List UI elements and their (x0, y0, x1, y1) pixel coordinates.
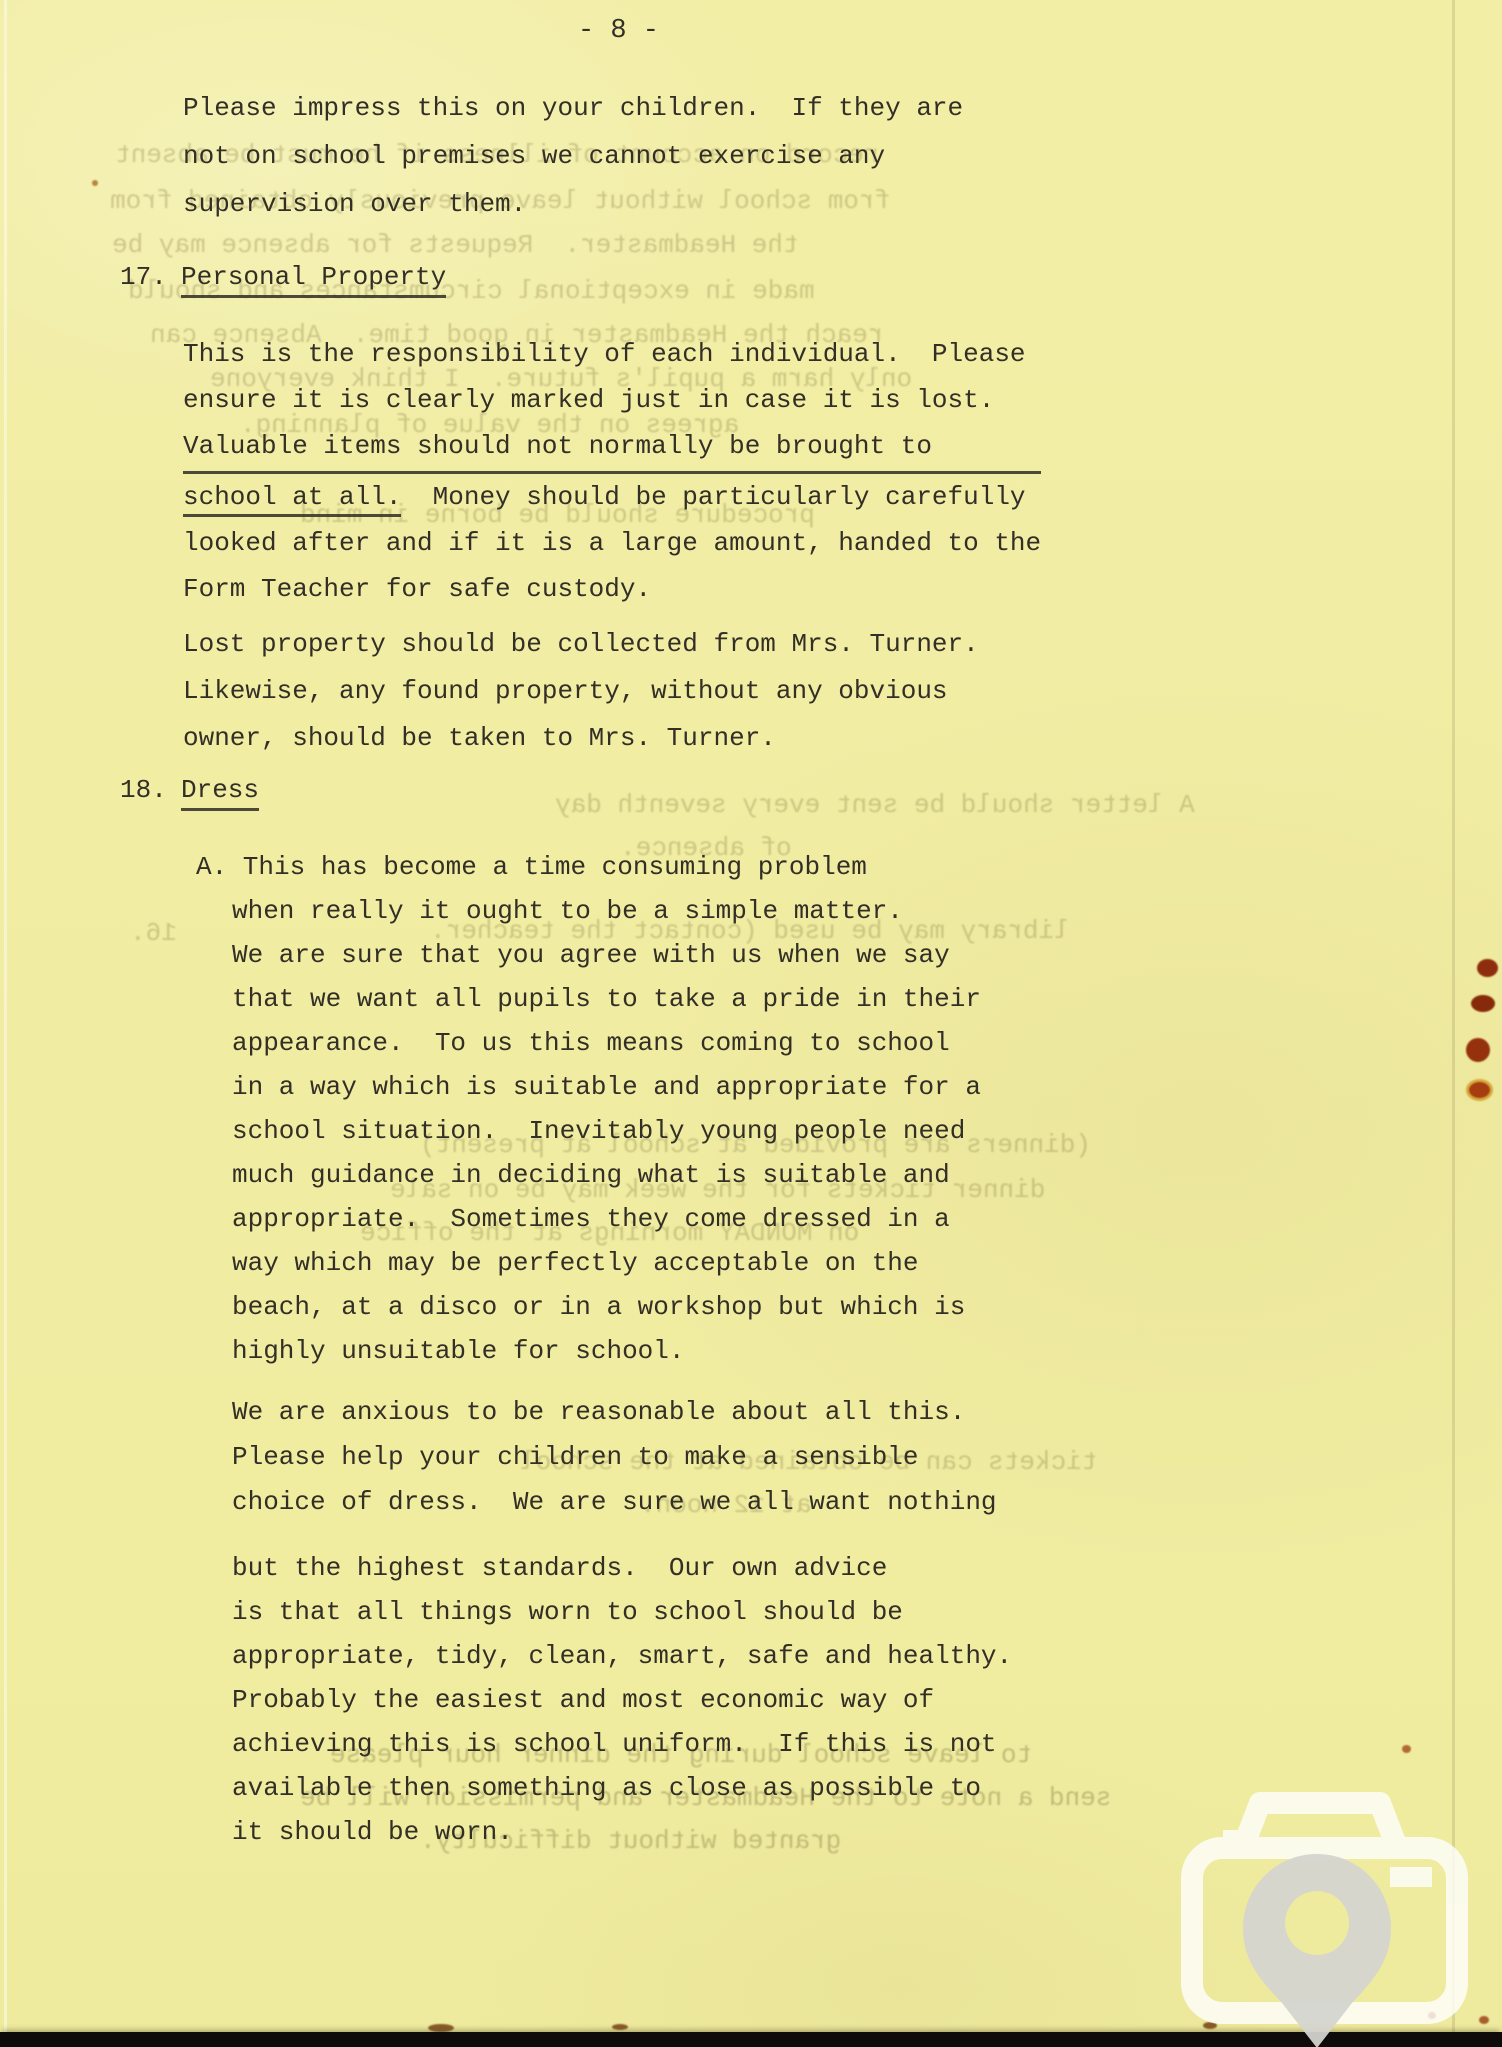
section-number: 18. (120, 775, 181, 805)
paragraph-a-first-line: A. This has become a time consuming prob… (196, 845, 981, 889)
text-line: We are sure that you agree with us when … (232, 933, 981, 977)
paragraph-lines: looked after and if it is a large amount… (183, 520, 1041, 612)
text-line: Form Teacher for safe custody. (183, 566, 1041, 612)
page-number: - 8 - (578, 16, 659, 46)
text-line: but the highest standards. Our own advic… (232, 1546, 1012, 1590)
underlined-sentence-end: school at all. (183, 482, 401, 517)
personal-property-paragraph-2: Lost property should be collected from M… (183, 621, 979, 762)
rust-spot (428, 2024, 454, 2032)
rust-spot (612, 2024, 628, 2030)
underlined-sentence-line: Valuable items should not normally be br… (183, 423, 1041, 474)
text-line: that we want all pupils to take a pride … (232, 977, 981, 1021)
text-line: Lost property should be collected from M… (183, 621, 979, 668)
text-line: owner, should be taken to Mrs. Turner. (183, 715, 979, 762)
text-line: This is the responsibility of each indiv… (183, 331, 1041, 377)
text-line: when really it ought to be a simple matt… (232, 889, 981, 933)
rust-spot (92, 180, 98, 186)
section-18-heading: 18.Dress (120, 775, 259, 805)
text-line: achieving this is school uniform. If thi… (232, 1722, 1012, 1766)
left-paper-crease (4, 0, 7, 2047)
text-line: appropriate. Sometimes they come dressed… (232, 1197, 981, 1241)
text-line: Please help your children to make a sens… (232, 1435, 997, 1480)
bleed-through-line: 16. (130, 918, 177, 948)
right-paper-crease (1452, 0, 1455, 2032)
text-line: choice of dress. We are sure we all want… (232, 1480, 997, 1525)
section-17-heading: 17.Personal Property (120, 262, 446, 292)
dress-paragraph-a: A. This has become a time consuming prob… (232, 845, 981, 1373)
bleed-through-line: A letter should be sent every seventh da… (555, 790, 1195, 820)
text-line: available then something as close as pos… (232, 1766, 1012, 1810)
rust-spot (1466, 1038, 1490, 1062)
text-line: ensure it is clearly marked just in case… (183, 377, 1041, 423)
section-number: 17. (120, 262, 181, 292)
text-line: it should be worn. (232, 1810, 1012, 1854)
paragraph-lines: when really it ought to be a simple matt… (232, 889, 981, 1373)
dress-paragraph-b-part-2: but the highest standards. Our own advic… (232, 1546, 1012, 1854)
text-line: appropriate, tidy, clean, smart, safe an… (232, 1634, 1012, 1678)
sentence-continuation: Money should be particularly carefully (401, 482, 1025, 512)
text-line: way which may be perfectly acceptable on… (232, 1241, 981, 1285)
text-line: Please impress this on your children. If… (183, 84, 963, 132)
rust-spot (1471, 995, 1495, 1012)
text-line: supervision over them. (183, 180, 963, 228)
text-line: school situation. Inevitably young peopl… (232, 1109, 981, 1153)
text-line: is that all things worn to school should… (232, 1590, 1012, 1634)
text-line: appearance. To us this means coming to s… (232, 1021, 981, 1065)
text-line: beach, at a disco or in a workshop but w… (232, 1285, 981, 1329)
text-line: Likewise, any found property, without an… (183, 668, 979, 715)
section-title: Dress (181, 775, 259, 811)
text-line: in a way which is suitable and appropria… (232, 1065, 981, 1109)
bleed-through-line: the Headmaster. Requests for absence may… (112, 230, 799, 260)
mixed-underline-line: school at all. Money should be particula… (183, 474, 1041, 520)
text-line: highly unsuitable for school. (232, 1329, 981, 1373)
personal-property-paragraph-1: This is the responsibility of each indiv… (183, 331, 1041, 612)
rust-spot (1477, 959, 1498, 977)
section-title: Personal Property (181, 262, 446, 298)
text-line: not on school premises we cannot exercis… (183, 132, 963, 180)
intro-paragraph: Please impress this on your children. If… (183, 84, 963, 228)
text-line: Probably the easiest and most economic w… (232, 1678, 1012, 1722)
document-page: record on account of illness if he must … (0, 0, 1502, 2047)
rust-spot (1479, 2016, 1489, 2024)
camera-watermark-icon (1138, 1790, 1478, 2047)
dress-paragraph-b-part-1: We are anxious to be reasonable about al… (232, 1390, 997, 1525)
text-line: We are anxious to be reasonable about al… (232, 1390, 997, 1435)
rust-spot (1469, 1082, 1490, 1098)
text-line: looked after and if it is a large amount… (183, 520, 1041, 566)
text-line: much guidance in deciding what is suitab… (232, 1153, 981, 1197)
rust-spot (1402, 1745, 1411, 1753)
paragraph-lines: This is the responsibility of each indiv… (183, 331, 1041, 423)
